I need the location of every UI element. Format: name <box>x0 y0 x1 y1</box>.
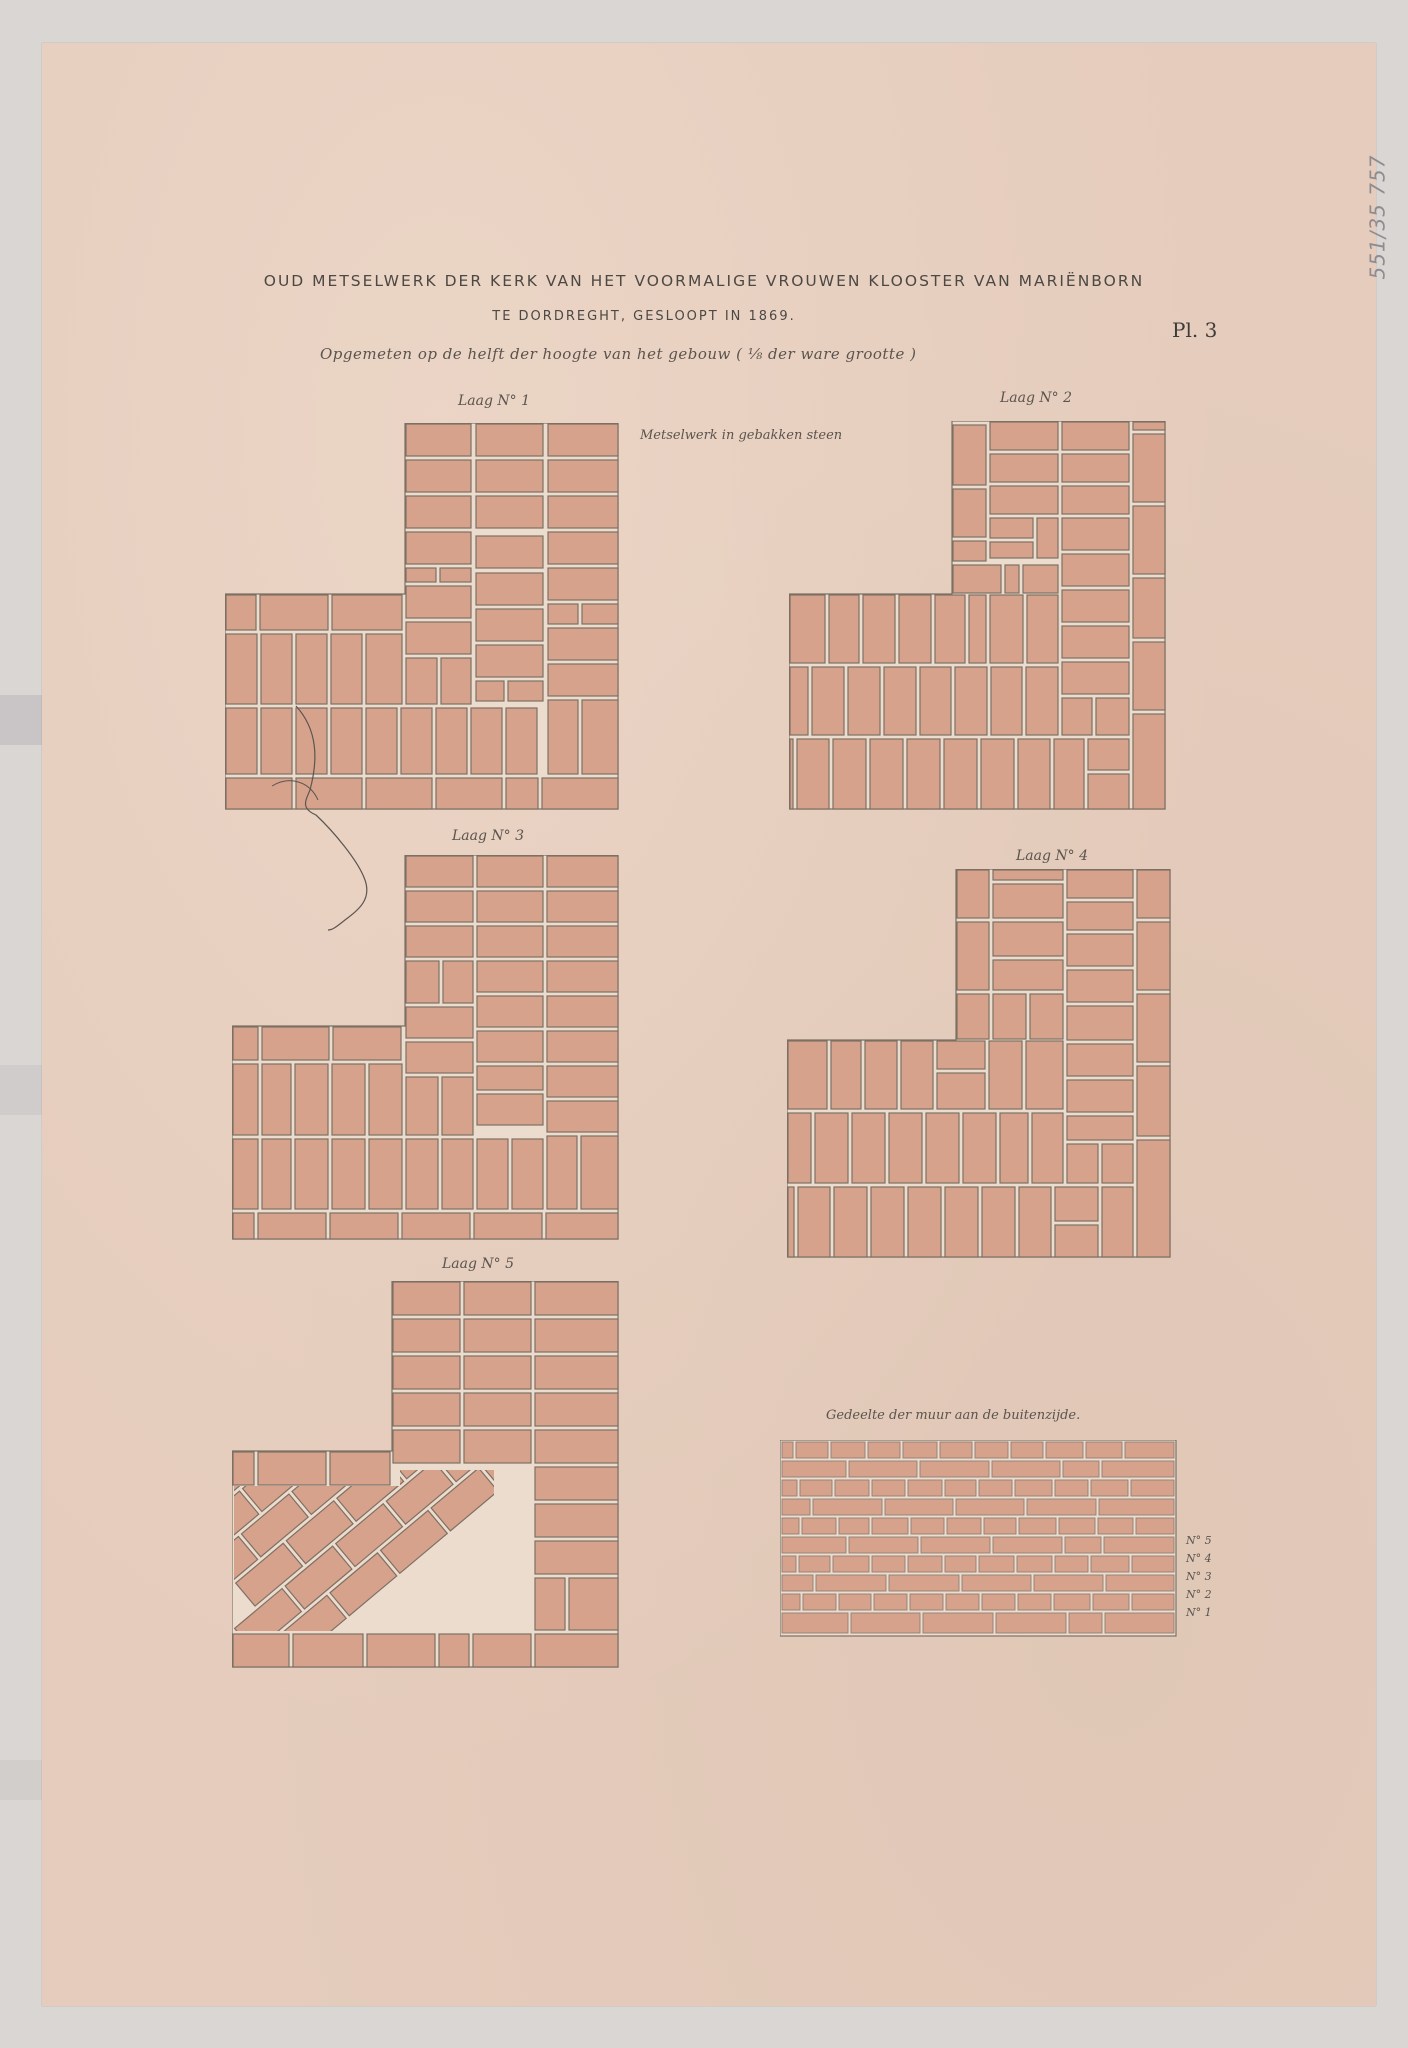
course-label: N° 1 <box>1186 1606 1212 1624</box>
sheet-title-line-2: TE DORDREGHT, GESLOOPT IN 1869. <box>0 309 1348 324</box>
brick-panel-laag-1 <box>225 423 620 811</box>
course-labels: N° 5 N° 4 N° 3 N° 2 N° 1 <box>1186 1534 1212 1624</box>
brick-bond-drawing <box>789 421 1167 811</box>
panel-label-laag-2: Laag N° 2 <box>1000 390 1072 406</box>
brick-bond-drawing <box>232 1281 620 1669</box>
panel-label-laag-1: Laag N° 1 <box>458 393 530 409</box>
brick-panel-laag-4 <box>787 869 1172 1259</box>
mount-tab <box>0 1065 42 1115</box>
brick-panel-laag-2 <box>789 421 1167 811</box>
wall-bond-elevation <box>780 1440 1178 1638</box>
panel-label-laag-3: Laag N° 3 <box>452 828 524 844</box>
catalog-stamp: 551/35 757 <box>1355 150 1408 290</box>
course-label: N° 4 <box>1186 1552 1212 1570</box>
elevation-label: Gedeelte der muur aan de buitenzijde. <box>826 1408 1080 1423</box>
brick-panel-laag-5 <box>232 1281 620 1669</box>
panel-label-laag-4: Laag N° 4 <box>1016 848 1088 864</box>
brick-bond-drawing <box>787 869 1172 1259</box>
panel-label-laag-5: Laag N° 5 <box>442 1256 514 1272</box>
brick-panel-laag-3 <box>232 855 620 1241</box>
brick-bond-drawing <box>225 423 620 811</box>
wall-elevation-drawing <box>780 1440 1178 1638</box>
mount-tab <box>0 1760 42 1800</box>
brick-bond-drawing <box>232 855 620 1241</box>
course-label: N° 2 <box>1186 1588 1212 1606</box>
plate-number: Pl. 3 <box>1172 318 1217 342</box>
mount-tab <box>0 695 42 745</box>
course-label: N° 3 <box>1186 1570 1212 1588</box>
scale-subtitle: Opgemeten op de helft der hoogte van het… <box>320 345 916 363</box>
sheet-title: OUD METSELWERK DER KERK VAN HET VOORMALI… <box>0 272 1408 290</box>
course-label: N° 5 <box>1186 1534 1212 1552</box>
catalog-number: 551/35 757 <box>1365 155 1389 280</box>
